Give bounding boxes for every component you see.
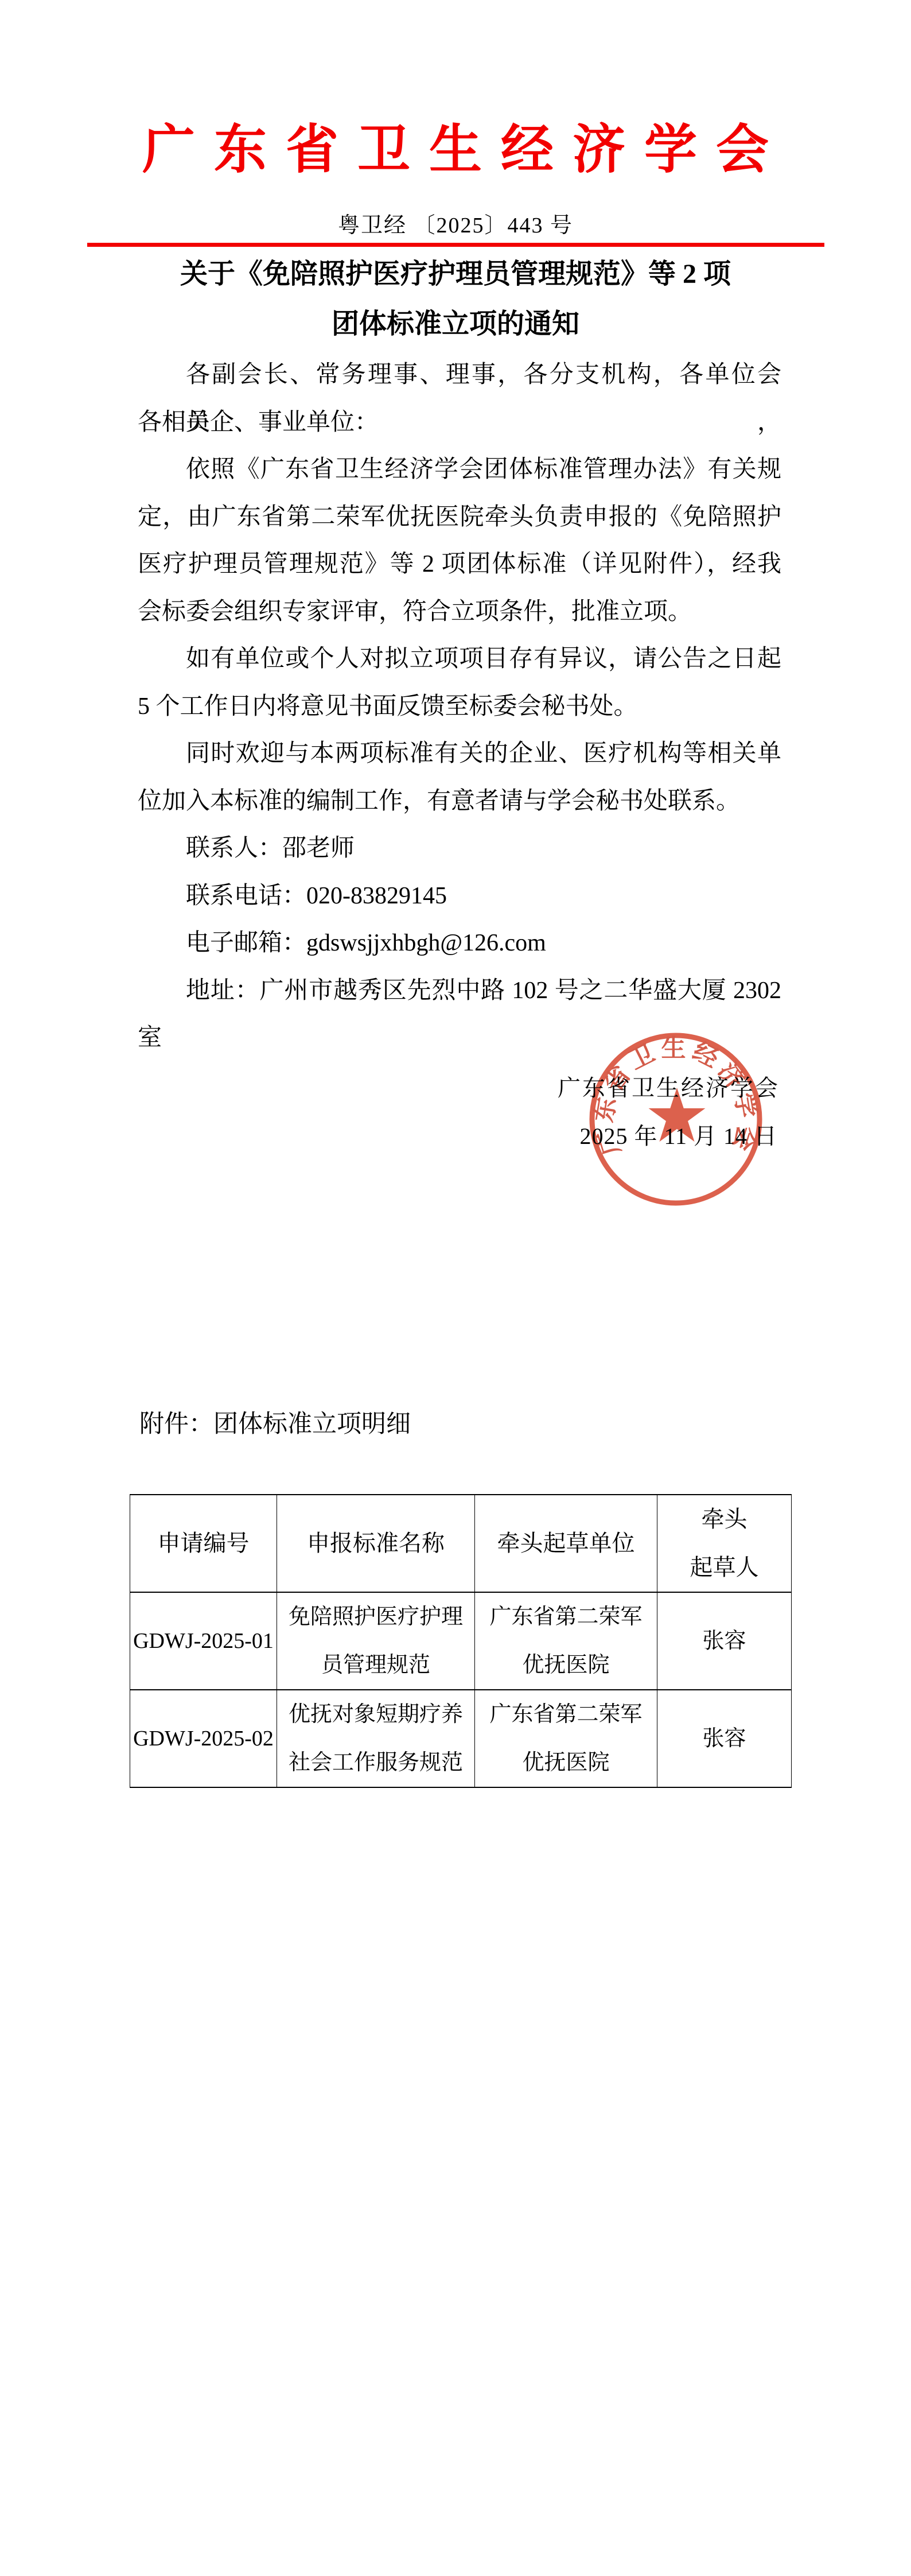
cell-line: 牵头 [657, 1495, 791, 1543]
table-row: GDWJ-2025-01免陪照护医疗护理员管理规范广东省第二荣军优抚医院张容 [130, 1592, 792, 1690]
cell-line: 申请编号 [130, 1519, 277, 1568]
cell-line: 起草人 [657, 1543, 791, 1592]
table-cell: 张容 [657, 1592, 792, 1690]
table-cell: GDWJ-2025-02 [130, 1690, 277, 1787]
document-page: 广东省卫生经济学会 粤卫经 〔2025〕443 号 关于《免陪照护医疗护理员管理… [0, 0, 911, 2576]
official-seal: 广东省卫生经济学会 [587, 1030, 765, 1208]
cell-line: 优抚医院 [475, 1641, 657, 1689]
table-header-cell: 牵头起草人 [657, 1495, 792, 1592]
body-line: 地址：广州市越秀区先烈中路 102 号之二华盛大厦 2302 [138, 967, 781, 1015]
body-line: 位加入本标准的编制工作，有意者请与学会秘书处联系。 [138, 778, 781, 825]
table-cell: 优抚对象短期疗养社会工作服务规范 [277, 1690, 475, 1787]
body-line: 电子邮箱：gdswsjjxhbgh@126.com [138, 920, 781, 967]
attachment-label: 附件：团体标准立项明细 [139, 1407, 411, 1442]
table-cell: 广东省第二荣军优抚医院 [475, 1690, 657, 1787]
body-line: 联系人：邵老师 [138, 825, 781, 872]
table-header-cell: 申报标准名称 [277, 1495, 475, 1592]
red-divider-line [87, 243, 824, 247]
body-line: 联系电话：020-83829145 [138, 872, 781, 920]
cell-line: 张容 [657, 1617, 791, 1665]
signature-date: 2025 年 11 月 14 日 [138, 1120, 781, 1153]
table-cell: GDWJ-2025-01 [130, 1592, 277, 1690]
notice-title-line1: 关于《免陪照护医疗护理员管理规范》等 2 项 [0, 249, 911, 299]
cell-line: GDWJ-2025-02 [130, 1714, 277, 1763]
table-header-cell: 申请编号 [130, 1495, 277, 1592]
cell-line: 广东省第二荣军 [475, 1690, 657, 1739]
body-line: 如有单位或个人对拟立项项目存有异议，请公告之日起 [138, 635, 781, 683]
signature-org: 广东省卫生经济学会 [138, 1072, 781, 1104]
cell-line: 社会工作服务规范 [277, 1739, 474, 1787]
cell-line: GDWJ-2025-01 [130, 1617, 277, 1665]
notice-title-line2: 团体标准立项的通知 [0, 299, 911, 349]
cell-line: 优抚对象短期疗养 [277, 1690, 474, 1739]
attachment-table: 申请编号申报标准名称牵头起草单位牵头起草人GDWJ-2025-01免陪照护医疗护… [130, 1494, 792, 1788]
cell-line: 广东省第二荣军 [475, 1593, 657, 1641]
cell-line: 申报标准名称 [277, 1519, 474, 1568]
table-row: GDWJ-2025-02优抚对象短期疗养社会工作服务规范广东省第二荣军优抚医院张… [130, 1690, 792, 1787]
body-text: 各副会长、常务理事、理事，各分支机构，各单位会员，各相关企、事业单位：依照《广东… [138, 351, 781, 1062]
table-header-cell: 牵头起草单位 [475, 1495, 657, 1592]
table-header-row: 申请编号申报标准名称牵头起草单位牵头起草人 [130, 1495, 792, 1592]
doc-number: 粤卫经 〔2025〕443 号 [0, 211, 911, 240]
body-line: 医疗护理员管理规范》等 2 项团体标准（详见附件），经我 [138, 541, 781, 588]
body-line: 5 个工作日内将意见书面反馈至标委会秘书处。 [138, 683, 781, 731]
body-line: 各副会长、常务理事、理事，各分支机构，各单位会员， [138, 351, 781, 399]
body-line: 同时欢迎与本两项标准有关的企业、医疗机构等相关单 [138, 730, 781, 778]
cell-line: 张容 [657, 1714, 791, 1763]
body-line: 依照《广东省卫生经济学会团体标准管理办法》有关规 [138, 446, 781, 494]
org-title: 广东省卫生经济学会 [0, 118, 911, 181]
cell-line: 优抚医院 [475, 1739, 657, 1787]
table-cell: 张容 [657, 1690, 792, 1787]
cell-line: 员管理规范 [277, 1641, 474, 1689]
table-cell: 广东省第二荣军优抚医院 [475, 1592, 657, 1690]
cell-line: 牵头起草单位 [475, 1519, 657, 1568]
body-line: 会标委会组织专家评审，符合立项条件，批准立项。 [138, 588, 781, 636]
table-cell: 免陪照护医疗护理员管理规范 [277, 1592, 475, 1690]
body-line: 定，由广东省第二荣军优抚医院牵头负责申报的《免陪照护 [138, 494, 781, 541]
cell-line: 免陪照护医疗护理 [277, 1593, 474, 1641]
